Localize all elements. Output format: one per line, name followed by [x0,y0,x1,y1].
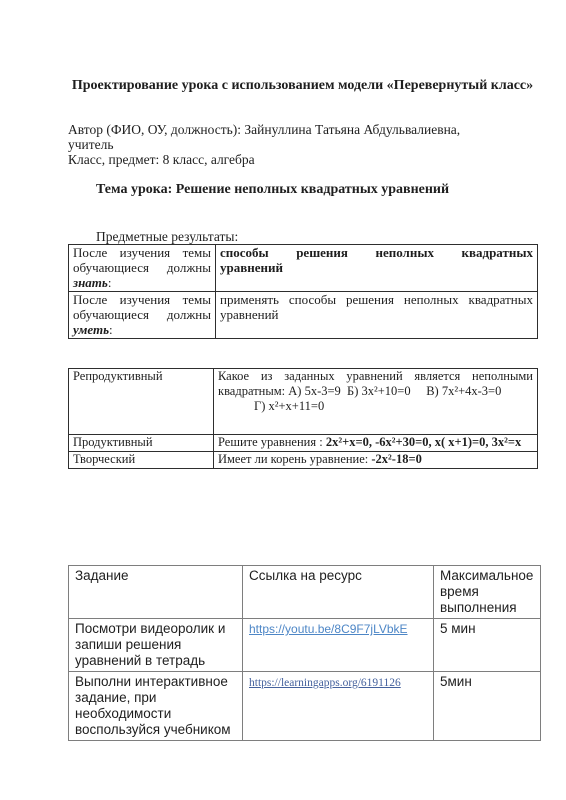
value-line: способы решения неполных квадратных [220,245,533,260]
results-able-value-cell: применять способы решения неполных квадр… [216,292,538,339]
table-row: Посмотри видеоролик и запиши решения ура… [69,619,541,672]
time-cell: 5мин [434,672,541,741]
task-equations: -2х²-18=0 [371,452,421,466]
author-position-line: учитель [68,137,537,152]
results-know-criterion-cell: После изучения темы обучающиеся должны з… [69,245,216,292]
level-task-cell: Имеет ли корень уравнение: -2х²-18=0 [214,452,538,469]
criterion-colon: : [109,322,113,337]
criterion-emphasis: знать [73,275,108,290]
task-equations: 2х²+х=0, -6х²+30=0, х( х+1)=0, 3х²=х [326,435,521,449]
criterion-emphasis: уметь [73,322,109,337]
level-task-cell: Решите уравнения : 2х²+х=0, -6х²+30=0, х… [214,435,538,452]
header-resource-link: Ссылка на ресурс [243,566,434,619]
author-line: Автор (ФИО, ОУ, должность): Зайнуллина Т… [68,122,537,137]
level-label-cell: Репродуктивный [69,369,214,435]
document-title: Проектирование урока с использованием мо… [68,78,537,93]
author-paragraph: Автор (ФИО, ОУ, должность): Зайнуллина Т… [68,122,537,167]
tasks-table: Задание Ссылка на ресурс Максимальное вр… [68,565,541,741]
criterion-text: После изучения темы обучающиеся должны [73,245,211,275]
task-description-cell: Посмотри видеоролик и запиши решения ура… [69,619,243,672]
level-label-cell: Творческий [69,452,214,469]
level-task-cell: Какое из заданных уравнений является неп… [214,369,538,435]
resource-link-cell: https://youtu.be/8C9F7jLVbkE [243,619,434,672]
results-know-value-cell: способы решения неполных квадратных урав… [216,245,538,292]
table-row: Продуктивный Решите уравнения : 2х²+х=0,… [69,435,538,452]
levels-table: Репродуктивный Какое из заданных уравнен… [68,368,538,469]
document-page: Проектирование урока с использованием мо… [0,0,566,800]
learningapps-link[interactable]: https://learningapps.org/6191126 [249,677,401,689]
resource-link-cell: https://learningapps.org/6191126 [243,672,434,741]
value-line: уравнений [220,307,533,322]
topic-heading: Тема урока: Решение неполных квадратных … [96,182,537,197]
criterion-text: После изучения темы обучающиеся должны [73,292,211,322]
value-line: применять способы решения неполных квадр… [220,292,533,307]
class-subject-line: Класс, предмет: 8 класс, алгебра [68,152,537,167]
header-max-time: Максимальное время выполнения [434,566,541,619]
header-task: Задание [69,566,243,619]
table-row: Репродуктивный Какое из заданных уравнен… [69,369,538,435]
task-text: Решите уравнения : [218,435,326,449]
task-line: Г) х²+х+11=0 [254,399,533,414]
tasks-header-row: Задание Ссылка на ресурс Максимальное вр… [69,566,541,619]
value-line: уравнений [220,260,533,275]
results-label: Предметные результаты: [96,229,238,244]
level-label-cell: Продуктивный [69,435,214,452]
table-row: После изучения темы обучающиеся должны у… [69,292,538,339]
task-text: Имеет ли корень уравнение: [218,452,371,466]
youtube-link[interactable]: https://youtu.be/8C9F7jLVbkE [249,622,408,636]
task-description-cell: Выполни интерактивное задание, при необх… [69,672,243,741]
table-row: После изучения темы обучающиеся должны з… [69,245,538,292]
criterion-colon: : [108,275,112,290]
task-line: квадратным: А) 5х-3=9 Б) 3х²+10=0 В) 7х²… [218,384,533,399]
results-able-criterion-cell: После изучения темы обучающиеся должны у… [69,292,216,339]
table-row: Творческий Имеет ли корень уравнение: -2… [69,452,538,469]
results-table: После изучения темы обучающиеся должны з… [68,244,538,339]
table-row: Выполни интерактивное задание, при необх… [69,672,541,741]
time-cell: 5 мин [434,619,541,672]
task-line: Какое из заданных уравнений является неп… [218,369,533,384]
